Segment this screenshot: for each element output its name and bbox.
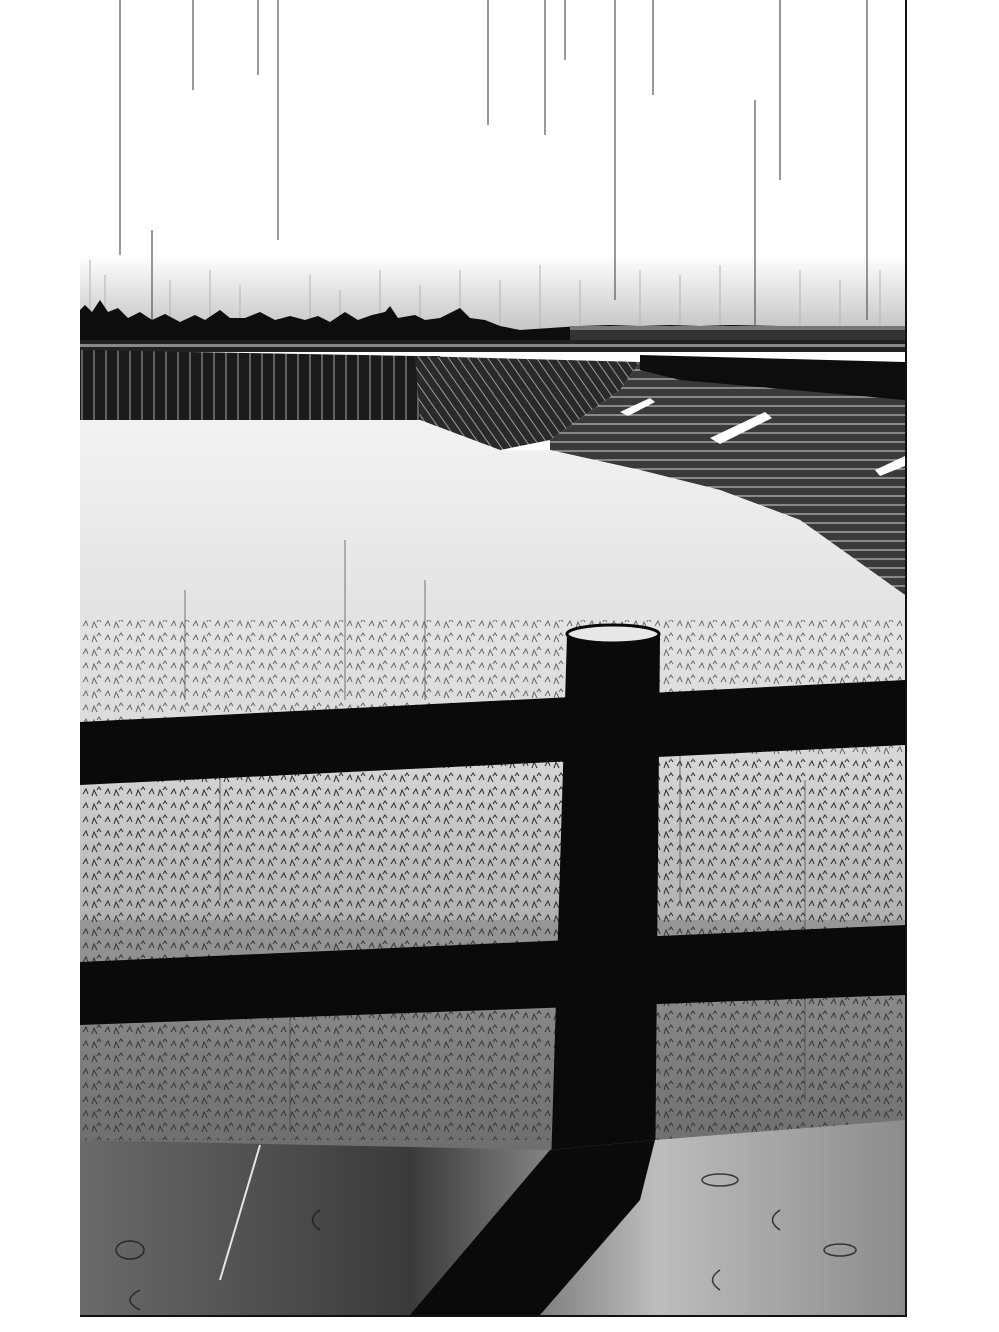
scene-illustration [80,0,905,1315]
manga-panel [80,0,907,1317]
fence-post [550,629,660,1201]
fence-post-cap [567,625,659,643]
embankment-wall [80,350,440,420]
sky [80,0,905,340]
